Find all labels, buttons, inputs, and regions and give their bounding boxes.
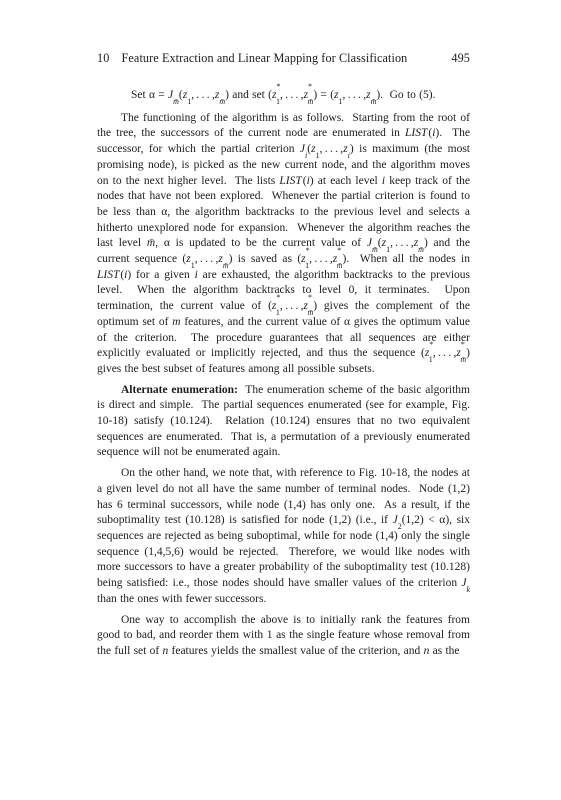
paragraph-terminal-nodes: On the other hand, we note that, with re… [97, 466, 470, 607]
algorithm-step-line: Set α = Jm̄(z1, . . . ,zm̄) and set (z*1… [97, 88, 470, 104]
page-body: Set α = Jm̄(z1, . . . ,zm̄) and set (z*1… [97, 88, 470, 665]
running-head: 10 Feature Extraction and Linear Mapping… [97, 51, 470, 66]
running-head-chapter: 10 Feature Extraction and Linear Mapping… [97, 51, 407, 66]
chapter-number: 10 [97, 51, 109, 65]
paragraph-algorithm-functioning: The functioning of the algorithm is as f… [97, 111, 470, 378]
paragraph-alternate-enumeration: Alternate enumeration: The enumeration s… [97, 383, 470, 462]
chapter-title: Feature Extraction and Linear Mapping fo… [122, 51, 408, 65]
paragraph-rank-features: One way to accomplish the above is to in… [97, 613, 470, 660]
page-number: 495 [451, 51, 470, 66]
book-page: 10 Feature Extraction and Linear Mapping… [0, 0, 561, 800]
